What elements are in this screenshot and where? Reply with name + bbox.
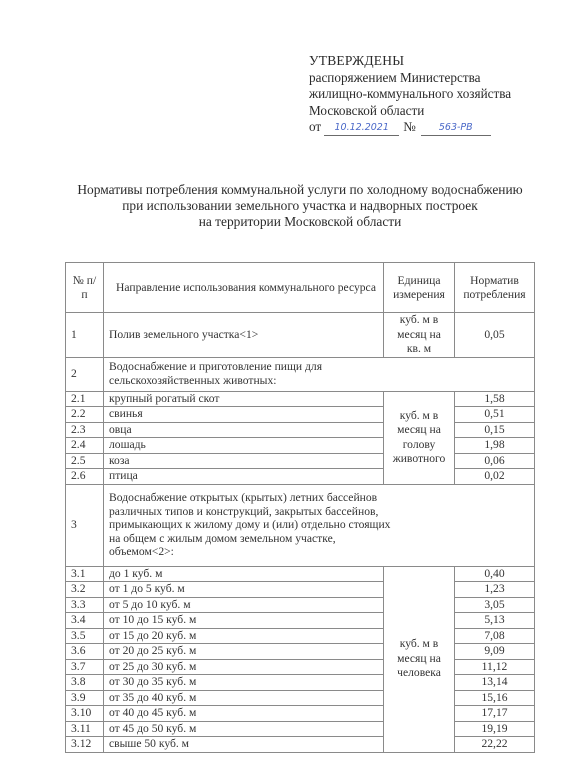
row-direction: лошадь — [104, 438, 384, 454]
row-norm: 5,13 — [455, 613, 535, 629]
handwritten-number: 563-РВ — [421, 121, 491, 136]
row-direction: от 35 до 40 куб. м — [104, 690, 384, 706]
table-row: 1 Полив земельного участка<1> куб. м в м… — [66, 313, 535, 358]
row-norm: 0,40 — [455, 566, 535, 582]
row-direction: птица — [104, 469, 384, 485]
row-unit: куб. м в месяц на человека — [384, 566, 455, 752]
row-num: 2.1 — [66, 391, 104, 407]
row-num: 3.6 — [66, 644, 104, 660]
date-prefix: от — [309, 119, 321, 136]
header-direction: Направление использования коммунального … — [104, 263, 384, 313]
row-norm: 1,98 — [455, 438, 535, 454]
row-norm: 19,19 — [455, 721, 535, 737]
row-num: 3.2 — [66, 582, 104, 598]
table-row: 3.12свыше 50 куб. м22,22 — [66, 737, 535, 753]
table-row: 3.8от 30 до 35 куб. м13,14 — [66, 675, 535, 691]
row-norm: 0,51 — [455, 407, 535, 423]
row-direction: от 40 до 45 куб. м — [104, 706, 384, 722]
row-direction: от 1 до 5 куб. м — [104, 582, 384, 598]
row-direction: от 25 до 30 куб. м — [104, 659, 384, 675]
row-direction: свыше 50 куб. м — [104, 737, 384, 753]
table-row: 2.6птица0,02 — [66, 469, 535, 485]
row-num: 3.4 — [66, 613, 104, 629]
row-num: 1 — [66, 313, 104, 358]
row-direction: от 15 до 20 куб. м — [104, 628, 384, 644]
title-line-3: на территории Московской области — [40, 214, 560, 230]
row-direction: от 20 до 25 куб. м — [104, 644, 384, 660]
table-row: 3.11от 45 до 50 куб. м19,19 — [66, 721, 535, 737]
row-direction: овца — [104, 422, 384, 438]
row-norm: 0,05 — [455, 313, 535, 358]
header-norm: Норматив потребления — [455, 263, 535, 313]
table-row: 3.5от 15 до 20 куб. м7,08 — [66, 628, 535, 644]
table-row: 3.4от 10 до 15 куб. м5,13 — [66, 613, 535, 629]
row-direction: от 10 до 15 куб. м — [104, 613, 384, 629]
row-norm: 3,05 — [455, 597, 535, 613]
row-norm: 0,06 — [455, 453, 535, 469]
approval-date-number: от 10.12.2021 № 563-РВ — [309, 119, 511, 136]
table-row: 3.3от 5 до 10 куб. м3,05 — [66, 597, 535, 613]
approval-heading: УТВЕРЖДЕНЫ — [309, 53, 511, 70]
approval-line-2: жилищно-коммунального хозяйства — [309, 86, 511, 103]
row-direction: свинья — [104, 407, 384, 423]
norms-table: № п/п Направление использования коммунал… — [65, 262, 535, 753]
row-num: 2.4 — [66, 438, 104, 454]
row-direction: от 5 до 10 куб. м — [104, 597, 384, 613]
row-norm: 0,02 — [455, 469, 535, 485]
row-num: 2.3 — [66, 422, 104, 438]
row-direction: от 30 до 35 куб. м — [104, 675, 384, 691]
header-num: № п/п — [66, 263, 104, 313]
row-norm: 1,58 — [455, 391, 535, 407]
row-norm: 15,16 — [455, 690, 535, 706]
row-num: 3.1 — [66, 566, 104, 582]
row-num: 2 — [66, 357, 104, 391]
row-norm: 17,17 — [455, 706, 535, 722]
table-row: 2.5коза0,06 — [66, 453, 535, 469]
table-section-row: 2 Водоснабжение и приготовление пищи для… — [66, 357, 535, 391]
row-norm: 9,09 — [455, 644, 535, 660]
row-direction: от 45 до 50 куб. м — [104, 721, 384, 737]
table-row: 2.4лошадь1,98 — [66, 438, 535, 454]
table-row: 2.2свинья0,51 — [66, 407, 535, 423]
row-direction: крупный рогатый скот — [104, 391, 384, 407]
table-row: 3.6от 20 до 25 куб. м9,09 — [66, 644, 535, 660]
approval-line-1: распоряжением Министерства — [309, 70, 511, 87]
handwritten-date: 10.12.2021 — [324, 121, 399, 136]
row-num: 3.5 — [66, 628, 104, 644]
row-num: 3.3 — [66, 597, 104, 613]
number-sign: № — [403, 119, 416, 136]
row-num: 3 — [66, 484, 104, 566]
table-row: 2.3овца0,15 — [66, 422, 535, 438]
row-direction: Водоснабжение и приготовление пищи для с… — [104, 357, 535, 391]
row-num: 3.12 — [66, 737, 104, 753]
approval-line-3: Московской области — [309, 103, 511, 120]
table-header-row: № п/п Направление использования коммунал… — [66, 263, 535, 313]
row-num: 3.7 — [66, 659, 104, 675]
row-direction: до 1 куб. м — [104, 566, 384, 582]
row-num: 2.2 — [66, 407, 104, 423]
row-norm: 13,14 — [455, 675, 535, 691]
row-norm: 7,08 — [455, 628, 535, 644]
table-row: 3.9от 35 до 40 куб. м15,16 — [66, 690, 535, 706]
row-norm: 1,23 — [455, 582, 535, 598]
table-row: 2.1крупный рогатый скоткуб. м в месяц на… — [66, 391, 535, 407]
row-direction: Полив земельного участка<1> — [104, 313, 384, 358]
row-num: 3.8 — [66, 675, 104, 691]
row-norm: 0,15 — [455, 422, 535, 438]
approval-stamp: УТВЕРЖДЕНЫ распоряжением Министерства жи… — [309, 53, 511, 136]
row-unit: куб. м в месяц на голову животного — [384, 391, 455, 484]
header-unit: Единица измерения — [384, 263, 455, 313]
row-num: 2.6 — [66, 469, 104, 485]
row-num: 3.9 — [66, 690, 104, 706]
row-num: 3.11 — [66, 721, 104, 737]
row-direction: коза — [104, 453, 384, 469]
row-norm: 11,12 — [455, 659, 535, 675]
row-direction: Водоснабжение открытых (крытых) летних б… — [104, 484, 535, 566]
table-row: 3.1до 1 куб. мкуб. м в месяц на человека… — [66, 566, 535, 582]
row-norm: 22,22 — [455, 737, 535, 753]
table-row: 3.10от 40 до 45 куб. м17,17 — [66, 706, 535, 722]
table-section-row: 3Водоснабжение открытых (крытых) летних … — [66, 484, 535, 566]
table-row: 3.7от 25 до 30 куб. м11,12 — [66, 659, 535, 675]
title-line-2: при использовании земельного участка и н… — [40, 198, 560, 214]
row-unit: куб. м в месяц на кв. м — [384, 313, 455, 358]
row-num: 3.10 — [66, 706, 104, 722]
table-row: 3.2от 1 до 5 куб. м1,23 — [66, 582, 535, 598]
row-num: 2.5 — [66, 453, 104, 469]
title-line-1: Нормативы потребления коммунальной услуг… — [40, 182, 560, 198]
document-title: Нормативы потребления коммунальной услуг… — [40, 182, 560, 230]
